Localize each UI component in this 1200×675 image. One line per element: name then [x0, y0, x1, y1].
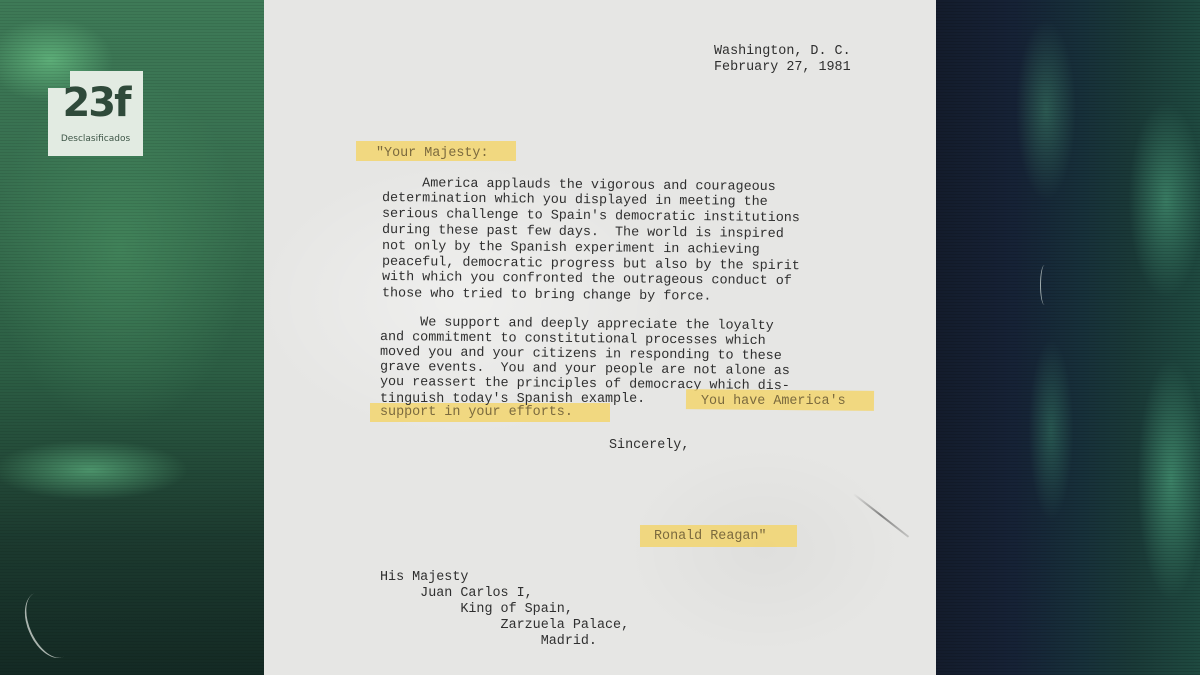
address-line: Juan Carlos I,	[380, 586, 533, 602]
letter-signature: Ronald Reagan"	[654, 529, 767, 545]
letter-date: February 27, 1981	[714, 60, 851, 76]
p2-line-highlighted: support in your efforts.	[380, 405, 573, 421]
address-line: Madrid.	[380, 634, 597, 650]
address-line: King of Spain,	[380, 602, 573, 618]
background-right-dark-texture	[936, 0, 1200, 675]
address-line: Zarzuela Palace,	[380, 618, 629, 634]
film-scratch	[1040, 265, 1049, 305]
logo-mark: 23f	[54, 83, 138, 123]
address-line: His Majesty	[380, 570, 468, 586]
logo-subtitle: Desclasificados	[48, 134, 143, 144]
letter-salutation: "Your Majesty:	[376, 146, 489, 162]
p2-line-highlighted: You have America's	[701, 394, 846, 410]
letter-place: Washington, D. C.	[714, 44, 851, 60]
letter-document: Washington, D. C. February 27, 1981 "You…	[264, 0, 936, 675]
p1-line: those who tried to bring change by force…	[382, 286, 712, 305]
letter-closing: Sincerely,	[609, 438, 689, 454]
paper-crease-mark	[853, 493, 909, 538]
